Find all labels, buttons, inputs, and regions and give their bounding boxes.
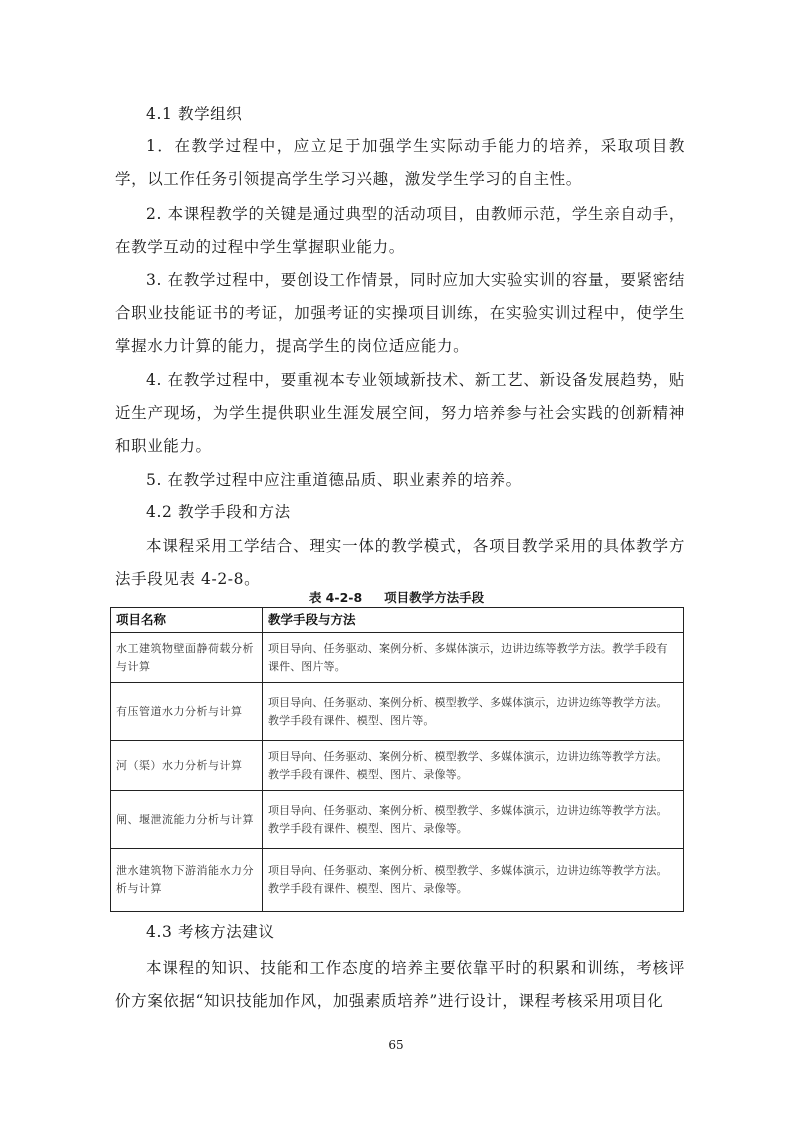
paragraph-item-1: 1．在教学过程中，应立足于加强学生实际动手能力的培养，采取项目教学，以工作任务引… xyxy=(115,130,685,196)
paragraph-item-4: 4. 在教学过程中，要重视本专业领域新技术、新工艺、新设备发展趋势，贴近生产现场… xyxy=(115,364,685,463)
table-header-row: 项目名称 教学手段与方法 xyxy=(111,608,684,633)
cell-methods: 项目导向、任务驱动、案例分析、模型教学、多媒体演示，边讲边练等教学方法。教学手段… xyxy=(263,741,684,791)
section-heading-4-3: 4.3 考核方法建议 xyxy=(146,922,275,942)
section-4-2-intro: 本课程采用工学结合、理实一体的教学模式，各项目教学采用的具体教学方法手段见表 4… xyxy=(115,530,685,596)
cell-project-name: 有压管道水力分析与计算 xyxy=(111,683,263,741)
paragraph-item-5: 5. 在教学过程中应注重道德品质、职业素养的培养。 xyxy=(115,464,685,497)
cell-methods: 项目导向、任务驱动、案例分析、多媒体演示，边讲边练等教学方法。教学手段有课件、图… xyxy=(263,633,684,683)
document-page: 4.1 教学组织 1．在教学过程中，应立足于加强学生实际动手能力的培养，采取项目… xyxy=(0,0,792,1122)
table-row: 泄水建筑物下游消能水力分析与计算 项目导向、任务驱动、案例分析、模型教学、多媒体… xyxy=(111,849,684,912)
table-caption: 表 4-2-8项目教学方法手段 xyxy=(110,590,683,606)
teaching-methods-table: 项目名称 教学手段与方法 水工建筑物壁面静荷载分析与计算 项目导向、任务驱动、案… xyxy=(110,607,684,912)
cell-methods: 项目导向、任务驱动、案例分析、模型教学、多媒体演示，边讲边练等教学方法。教学手段… xyxy=(263,791,684,849)
table-row: 有压管道水力分析与计算 项目导向、任务驱动、案例分析、模型教学、多媒体演示，边讲… xyxy=(111,683,684,741)
paragraph-item-2: 2. 本课程教学的关键是通过典型的活动项目，由教师示范，学生亲自动手，在教学互动… xyxy=(115,198,685,264)
table-caption-number: 表 4-2-8 xyxy=(309,590,362,605)
header-methods: 教学手段与方法 xyxy=(263,608,684,633)
cell-project-name: 水工建筑物壁面静荷载分析与计算 xyxy=(111,633,263,683)
cell-methods: 项目导向、任务驱动、案例分析、模型教学、多媒体演示，边讲边练等教学方法。教学手段… xyxy=(263,683,684,741)
table-row: 水工建筑物壁面静荷载分析与计算 项目导向、任务驱动、案例分析、多媒体演示，边讲边… xyxy=(111,633,684,683)
table-row: 河（渠）水力分析与计算 项目导向、任务驱动、案例分析、模型教学、多媒体演示，边讲… xyxy=(111,741,684,791)
table-caption-title: 项目教学方法手段 xyxy=(384,590,484,605)
cell-project-name: 河（渠）水力分析与计算 xyxy=(111,741,263,791)
table-row: 闸、堰泄流能力分析与计算 项目导向、任务驱动、案例分析、模型教学、多媒体演示，边… xyxy=(111,791,684,849)
cell-project-name: 闸、堰泄流能力分析与计算 xyxy=(111,791,263,849)
paragraph-item-3: 3. 在教学过程中，要创设工作情景，同时应加大实验实训的容量，要紧密结合职业技能… xyxy=(115,264,685,363)
cell-project-name: 泄水建筑物下游消能水力分析与计算 xyxy=(111,849,263,912)
page-number: 65 xyxy=(0,1038,792,1052)
section-heading-4-1: 4.1 教学组织 xyxy=(146,104,242,124)
section-heading-4-2: 4.2 教学手段和方法 xyxy=(146,502,291,522)
section-4-3-intro: 本课程的知识、技能和工作态度的培养主要依靠平时的积累和训练，考核评价方案依据“知… xyxy=(115,952,685,1018)
cell-methods: 项目导向、任务驱动、案例分析、模型教学、多媒体演示，边讲边练等教学方法。教学手段… xyxy=(263,849,684,912)
header-project-name: 项目名称 xyxy=(111,608,263,633)
